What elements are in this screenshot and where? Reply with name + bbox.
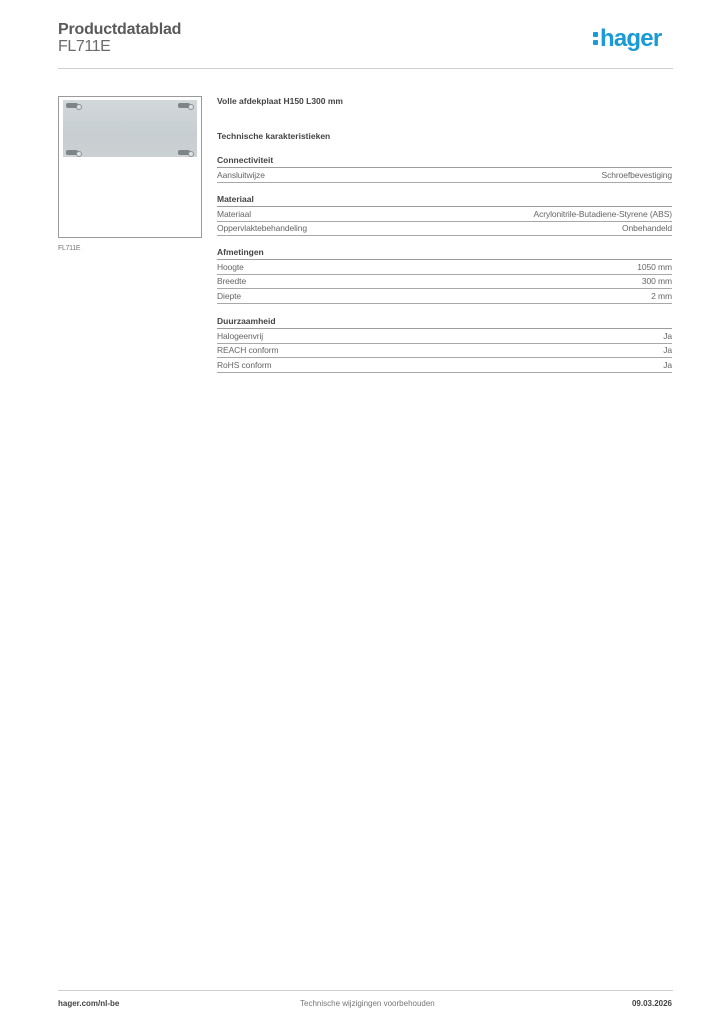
spec-group-connectiviteit: ConnectiviteitAansluitwijzeSchroefbevest… <box>217 155 672 183</box>
spec-row: Breedte300 mm <box>217 275 672 290</box>
spec-group-materiaal: MateriaalMateriaalAcrylonitrile-Butadien… <box>217 194 672 236</box>
spec-group-title: Materiaal <box>217 194 672 207</box>
spec-row: AansluitwijzeSchroefbevestiging <box>217 168 672 183</box>
section-heading: Technische karakteristieken <box>217 131 330 141</box>
mounting-clip-icon <box>66 150 78 155</box>
spec-value: Onbehandeld <box>622 223 672 233</box>
spec-label: Oppervlaktebehandeling <box>217 223 307 233</box>
spec-group-duurzaamheid: DuurzaamheidHalogeenvrijJaREACH conformJ… <box>217 316 672 373</box>
spec-row: MateriaalAcrylonitrile-Butadiene-Styrene… <box>217 207 672 222</box>
hager-logo: hager <box>593 27 661 51</box>
spec-value: Ja <box>663 345 672 355</box>
spec-row: Hoogte1050 mm <box>217 260 672 275</box>
footer-website-link[interactable]: hager.com/nl-be <box>58 999 119 1008</box>
spec-label: REACH conform <box>217 345 279 355</box>
spec-label: Diepte <box>217 291 241 301</box>
spec-row: Diepte2 mm <box>217 289 672 304</box>
footer-disclaimer: Technische wijzigingen voorbehouden <box>300 999 435 1008</box>
spec-group-title: Connectiviteit <box>217 155 672 168</box>
spec-value: 2 mm <box>651 291 672 301</box>
spec-value: Schroefbevestiging <box>602 170 673 180</box>
spec-value: Ja <box>663 331 672 341</box>
spec-label: Breedte <box>217 276 246 286</box>
spec-label: Halogeenvrij <box>217 331 263 341</box>
footer-divider <box>58 990 673 991</box>
spec-row: RoHS conformJa <box>217 358 672 373</box>
product-image-caption: FL711E <box>58 245 80 252</box>
product-image <box>58 96 202 238</box>
spec-group-title: Duurzaamheid <box>217 316 672 329</box>
mounting-clip-icon <box>178 150 190 155</box>
product-description: Volle afdekplaat H150 L300 mm <box>217 96 343 106</box>
logo-text: hager <box>600 25 661 52</box>
spec-label: Hoogte <box>217 262 244 272</box>
spec-row: REACH conformJa <box>217 344 672 359</box>
cover-plate-illustration <box>63 100 197 157</box>
spec-group-title: Afmetingen <box>217 247 672 260</box>
spec-row: OppervlaktebehandelingOnbehandeld <box>217 222 672 237</box>
mounting-clip-icon <box>178 103 190 108</box>
spec-label: Materiaal <box>217 209 251 219</box>
spec-group-afmetingen: AfmetingenHoogte1050 mmBreedte300 mmDiep… <box>217 247 672 304</box>
spec-row: HalogeenvrijJa <box>217 329 672 344</box>
product-code: FL711E <box>58 38 110 56</box>
spec-value: Ja <box>663 360 672 370</box>
spec-value: 1050 mm <box>637 262 672 272</box>
spec-label: Aansluitwijze <box>217 170 265 180</box>
mounting-clip-icon <box>66 103 78 108</box>
header-divider <box>58 68 673 69</box>
spec-value: 300 mm <box>642 276 672 286</box>
spec-value: Acrylonitrile-Butadiene-Styrene (ABS) <box>534 209 673 219</box>
logo-colon-icon <box>593 30 599 46</box>
document-title: Productdatablad <box>58 21 181 39</box>
spec-label: RoHS conform <box>217 360 272 370</box>
footer-date: 09.03.2026 <box>632 999 672 1008</box>
